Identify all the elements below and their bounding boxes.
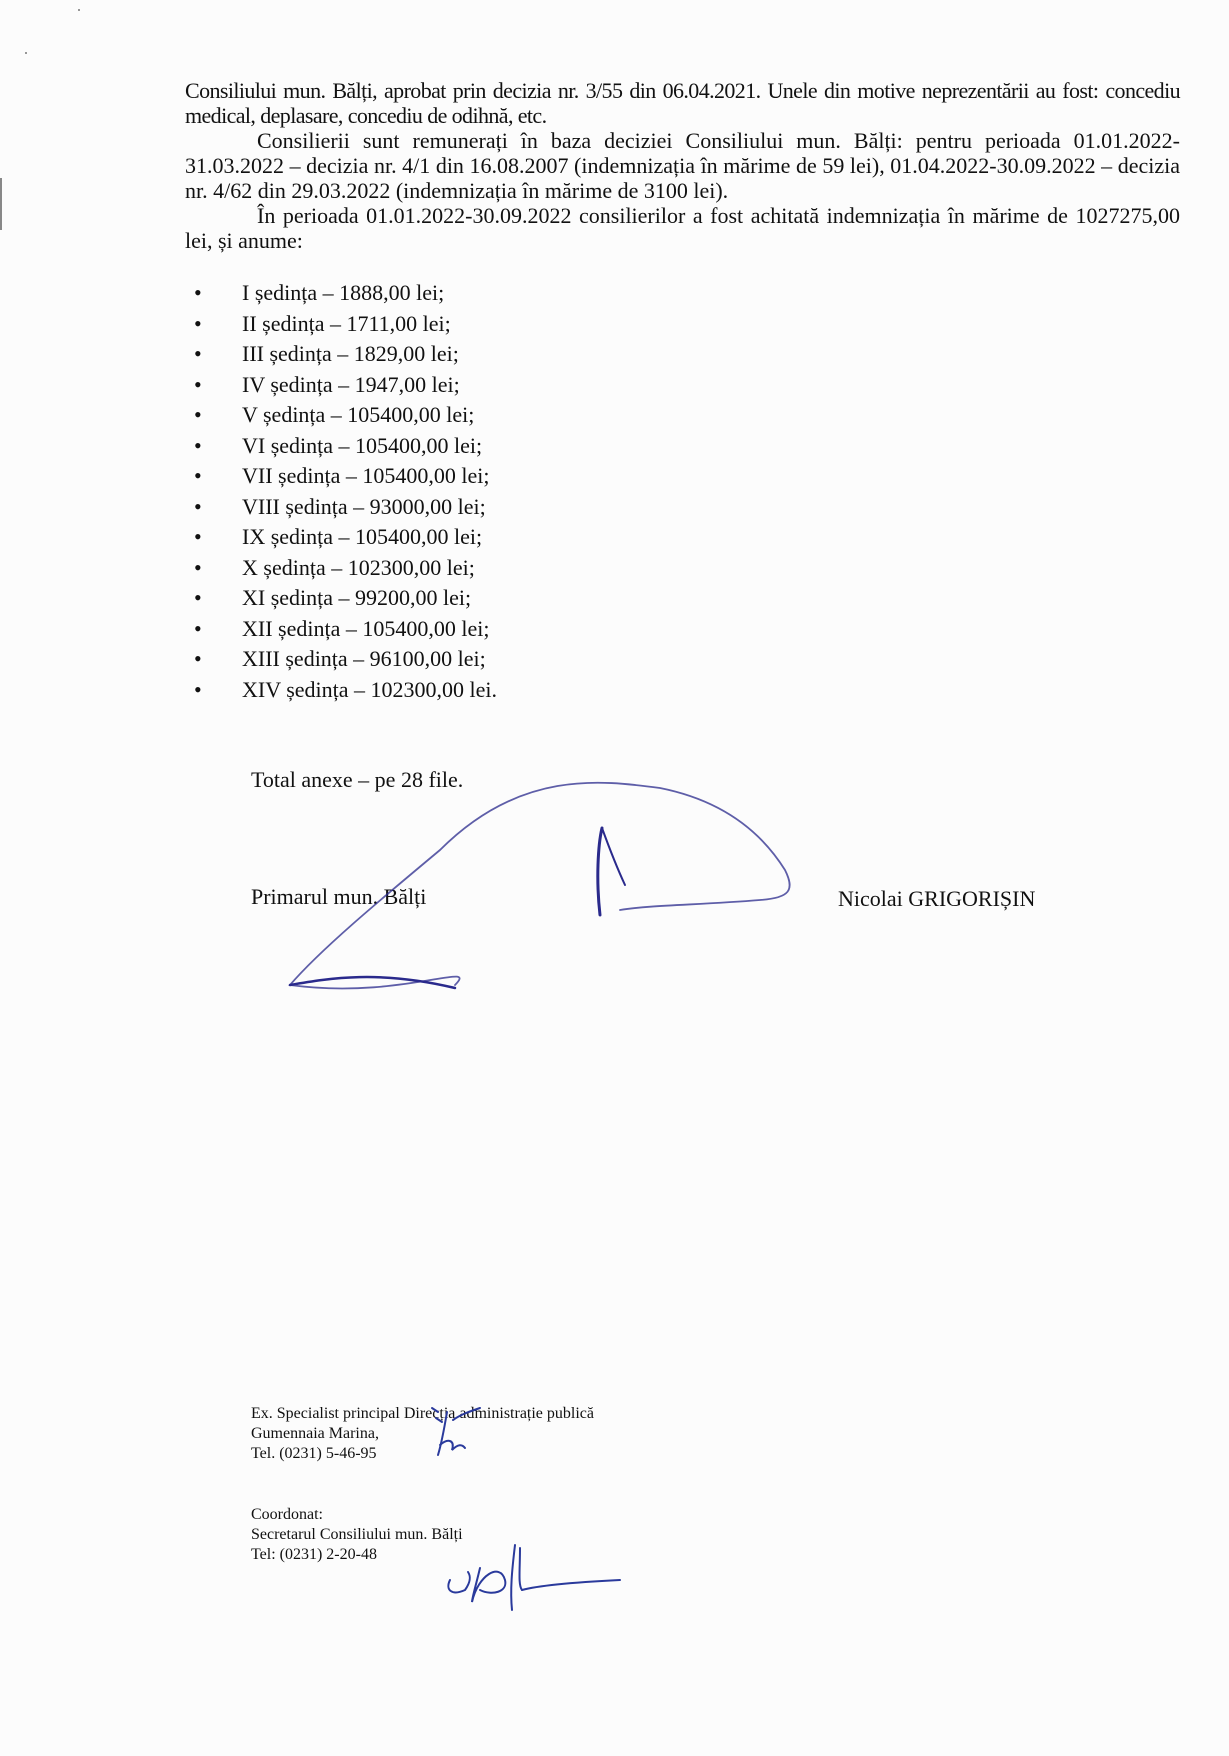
list-item: IV ședința – 1947,00 lei;: [194, 370, 497, 401]
coordinated-label: Coordonat:: [251, 1505, 463, 1525]
list-item: X ședința – 102300,00 lei;: [194, 553, 497, 584]
list-item: IX ședința – 105400,00 lei;: [194, 522, 497, 553]
list-item: V ședința – 105400,00 lei;: [194, 400, 497, 431]
list-item: XIII ședința – 96100,00 lei;: [194, 644, 497, 675]
list-item: XI ședința – 99200,00 lei;: [194, 583, 497, 614]
document-page: Consiliului mun. Bălți, aprobat prin dec…: [0, 0, 1229, 1756]
list-item: XII ședința – 105400,00 lei;: [194, 614, 497, 645]
session-payments-list: I ședința – 1888,00 lei; II ședința – 17…: [194, 278, 497, 705]
list-item: VII ședința – 105400,00 lei;: [194, 461, 497, 492]
paragraph-attendance: Consiliului mun. Bălți, aprobat prin dec…: [185, 78, 1180, 128]
annex-total: Total anexe – pe 28 file.: [251, 767, 463, 793]
signatory-name: Nicolai GRIGORIȘIN: [838, 886, 1035, 912]
paragraph-total-paid: În perioada 01.01.2022-30.09.2022 consil…: [185, 203, 1180, 253]
list-item: I ședința – 1888,00 lei;: [194, 278, 497, 309]
secretary-initials-icon: [448, 1545, 620, 1610]
signature-marks: [0, 0, 1229, 1756]
document-body: Consiliului mun. Bălți, aprobat prin dec…: [185, 78, 1180, 253]
signatory-title: Primarul mun. Bălți: [251, 884, 426, 910]
executor-block: Ex. Specialist principal Direcția admini…: [251, 1404, 594, 1464]
coordinated-block: Coordonat: Secretarul Consiliului mun. B…: [251, 1505, 463, 1565]
executor-phone: Tel. (0231) 5-46-95: [251, 1444, 594, 1464]
list-item: II ședința – 1711,00 lei;: [194, 309, 497, 340]
executor-name: Gumennaia Marina,: [251, 1424, 594, 1444]
list-item: VI ședința – 105400,00 lei;: [194, 431, 497, 462]
scan-speck: [25, 52, 27, 54]
coordinated-phone: Tel: (0231) 2-20-48: [251, 1545, 463, 1565]
scan-speck: [78, 9, 80, 11]
coordinated-position: Secretarul Consiliului mun. Bălți: [251, 1525, 463, 1545]
paragraph-remuneration: Consilierii sunt remunerați în baza deci…: [185, 128, 1180, 203]
list-item: III ședința – 1829,00 lei;: [194, 339, 497, 370]
executor-position: Ex. Specialist principal Direcția admini…: [251, 1404, 594, 1424]
list-item: XIV ședința – 102300,00 lei.: [194, 675, 497, 706]
list-item: VIII ședința – 93000,00 lei;: [194, 492, 497, 523]
scan-edge-mark: [0, 178, 2, 230]
